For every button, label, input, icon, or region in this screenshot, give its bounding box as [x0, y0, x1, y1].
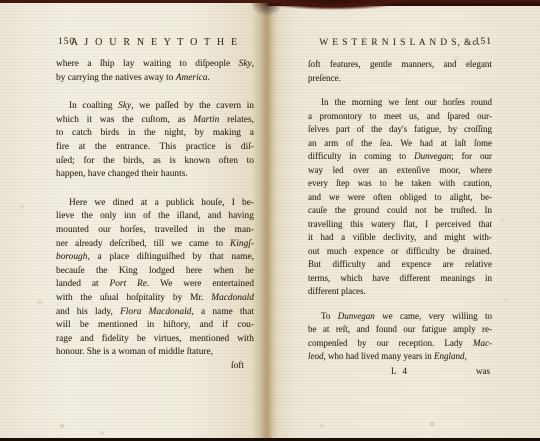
plain-text: uſed; [56, 156, 75, 166]
plain-text: at [441, 138, 448, 148]
word: the [158, 210, 169, 224]
plain-text: as [153, 156, 161, 166]
word: often [219, 155, 238, 169]
plain-text: be [447, 246, 456, 256]
word: horſes [443, 96, 465, 110]
word: Sky, [118, 100, 133, 114]
text-line: andwewereoftenobligedtoalight,be- [308, 191, 492, 205]
text-line: ſelvespartoftheday'sfatigue,bycroſſing [308, 123, 492, 137]
word: often [373, 191, 392, 205]
plain-text: features, [330, 59, 361, 69]
word: over [353, 164, 369, 178]
plain-text: different places. [308, 286, 366, 296]
word: moor, [439, 164, 460, 178]
word: the [371, 123, 382, 137]
plain-text: , [131, 101, 133, 111]
word: had [420, 137, 433, 151]
plain-text: and [208, 211, 222, 221]
word: not [415, 204, 427, 218]
word: with [439, 177, 455, 191]
plain-text: came, [400, 311, 421, 321]
word: croſſing [464, 123, 492, 137]
plain-text: the [371, 124, 382, 134]
word: difficulty [406, 245, 439, 259]
word: be [308, 323, 317, 337]
plain-text: willing [452, 311, 478, 321]
plain-text: be [80, 320, 89, 330]
left-catchword-line: ſoft [56, 360, 254, 374]
word: of [346, 137, 354, 151]
text-line: honour. She is a woman of middle ſtature… [56, 346, 254, 360]
word: inn [124, 210, 136, 224]
plain-text: coming [364, 151, 391, 161]
word: lady, [95, 306, 113, 320]
word: were [183, 278, 201, 292]
word: our [98, 224, 111, 238]
word: and [56, 306, 70, 320]
word: ſhip [100, 58, 115, 72]
word: We [400, 137, 412, 151]
word: different [399, 272, 430, 286]
plain-text: , [464, 351, 466, 361]
plain-text: this [350, 219, 363, 229]
word: fire [56, 141, 69, 155]
plain-text: horſes, [120, 225, 145, 235]
word: and [427, 110, 440, 124]
plain-text: a [308, 111, 312, 121]
word: Here [69, 197, 87, 211]
paragraph: Herewedinedatapublickhouſe,Ibe-lievetheo… [56, 197, 254, 360]
word: mentioned [98, 319, 138, 333]
word: dined [113, 197, 134, 211]
text-line: mountedourhorſes,travelledintheman- [56, 224, 254, 238]
plain-text: drained. [463, 246, 492, 256]
plain-text: King [119, 266, 138, 276]
word: coming [364, 150, 391, 164]
plain-text: making [213, 128, 241, 138]
italic-text: Kingſ- [230, 239, 254, 249]
word: are [443, 258, 454, 272]
word: in [147, 319, 154, 333]
plain-text: cavern [216, 101, 241, 111]
word: ſelves [308, 123, 329, 137]
word: we [139, 100, 150, 114]
word: In [484, 204, 492, 218]
plain-text: practice [186, 142, 216, 152]
word: our [480, 150, 492, 164]
plain-text: very [429, 311, 445, 321]
word: in [197, 224, 204, 238]
word: be [395, 177, 404, 191]
plain-text: In [69, 101, 77, 111]
plain-text: an [379, 165, 388, 175]
word: meet [384, 110, 402, 124]
book-page-right: W E S T E R N I S L A N D S, &c. 151 ſof… [266, 6, 540, 438]
word: which [340, 272, 362, 286]
plain-text: night, [164, 128, 186, 138]
word: fidelity [102, 333, 129, 347]
plain-text: in [485, 273, 492, 283]
plain-text: the [96, 266, 107, 276]
word: Mr. [190, 292, 203, 306]
plain-text: entrance. [116, 142, 150, 152]
word: to [369, 110, 376, 124]
word: In [321, 96, 329, 110]
word: gentle [370, 58, 392, 72]
text-line: ToDunveganwecame,verywillingto [308, 310, 492, 324]
plain-text: meanings [440, 273, 475, 283]
plain-text: ſea. [380, 138, 393, 148]
plain-text: preſence. [308, 73, 341, 83]
word: ſent [405, 96, 419, 110]
plain-text: to [180, 59, 187, 69]
plain-text: be [395, 178, 404, 188]
word: night, [164, 127, 186, 141]
word: only [100, 210, 117, 224]
word: travelled [155, 224, 188, 238]
text-line: neralreadydeſcribed,tillwecametoKingſ- [56, 238, 254, 252]
plain-text: viſible [353, 232, 376, 242]
plain-text: place [109, 252, 129, 262]
plain-text: moor, [439, 165, 460, 175]
right-running-title: W E S T E R N I S L A N D S, &c. [319, 38, 480, 48]
word: entertained [212, 278, 254, 292]
word: But [308, 258, 321, 272]
plain-text: we [382, 311, 393, 321]
word: ſoft [308, 58, 321, 72]
word: the [81, 292, 92, 306]
plain-text: ſoft [308, 59, 321, 69]
book-binding-shadow [238, 0, 428, 13]
plain-text: in [147, 320, 154, 330]
word: manners, [401, 58, 434, 72]
text-line: IncoaſtingSky,wepaſſedbythecavernin [56, 100, 254, 114]
word: reſt, [336, 323, 350, 337]
plain-text: mounted [56, 225, 89, 235]
plain-text: the [199, 101, 210, 111]
plain-text: reception. [399, 338, 435, 348]
word: we [388, 96, 399, 110]
word: uſed; [56, 155, 75, 169]
text-line: Herewedinedatapublickhouſe,Ibe- [56, 197, 254, 211]
plain-text: obliged [400, 192, 427, 202]
plain-text: lady, [95, 307, 113, 317]
plain-text: rage [56, 334, 72, 344]
book-photo: { "colors": { "paper": "#f0ebdf", "ink":… [0, 0, 540, 441]
plain-text: travelling [308, 219, 343, 229]
plain-text: terms, [308, 273, 330, 283]
italic-text: leod [308, 351, 324, 361]
plain-text: honour. She is a woman of middle ſtature… [56, 347, 213, 357]
word: a [201, 306, 205, 320]
plain-text: by [173, 293, 182, 303]
word: that [210, 251, 224, 265]
word: and [80, 333, 94, 347]
word: by [195, 127, 204, 141]
word: where [470, 164, 492, 178]
text-line: travellingthiswateryflat,Iperceivedthat [308, 218, 492, 232]
word: uſual [100, 292, 119, 306]
catchword: was [476, 365, 490, 379]
plain-text: the [335, 205, 346, 215]
text-line: rageandfidelitybevirtues,mentionedwith [56, 333, 254, 347]
word: a [308, 110, 312, 124]
word: cavern [216, 100, 241, 114]
word: of [357, 123, 365, 137]
text-line: lievetheonlyinnoftheiſland,andhaving [56, 210, 254, 224]
plain-text: where [470, 165, 492, 175]
plain-text: where [56, 59, 79, 69]
left-running-header: 150 A J O U R N E Y T O T H E [56, 36, 254, 50]
text-line: terms,whichhavedifferentmeaningsin [308, 272, 492, 286]
word: till [154, 238, 164, 252]
word: travelling [308, 218, 343, 232]
right-page-body: ſoftfeatures,gentlemanners,andelegantpre… [308, 58, 492, 364]
italic-text: Flora [120, 307, 141, 317]
plain-text: ſpared [447, 111, 470, 121]
plain-text: mentioned [98, 320, 138, 330]
word: in [485, 272, 492, 286]
plain-text: to [399, 151, 406, 161]
plain-text: ſome [474, 138, 492, 148]
plain-text: to [380, 178, 387, 188]
word: laſt [455, 137, 467, 151]
word: expence [402, 258, 431, 272]
text-line: anarmoftheſea.Wehadatlaſtſome [308, 137, 492, 151]
plain-text: watery [371, 219, 396, 229]
plain-text: and [444, 59, 457, 69]
word: our [403, 323, 415, 337]
word: ſtep [336, 177, 350, 191]
plain-text: be- [480, 192, 492, 202]
word: name, [231, 251, 254, 265]
plain-text: we [171, 239, 182, 249]
word: relative [465, 258, 492, 272]
plain-text: might [444, 232, 465, 242]
word: Martin [193, 114, 219, 128]
left-page-number: 150 [58, 36, 75, 50]
plain-text: found [376, 324, 397, 334]
plain-text: relative [465, 259, 492, 269]
plain-text: having [228, 211, 254, 221]
word: is [170, 155, 176, 169]
word: extenſive [397, 164, 430, 178]
plain-text: deſcribed, [110, 239, 147, 249]
text-line: compenſedbyourreception.LadyMac- [308, 337, 492, 351]
plain-text: will [56, 320, 71, 330]
plain-text: have [372, 273, 389, 283]
word: to [216, 238, 223, 252]
plain-text: round [471, 97, 492, 107]
word: compenſed [308, 337, 348, 351]
word: a [341, 231, 345, 245]
word: landed [56, 278, 81, 292]
word: Mac- [473, 337, 492, 351]
plain-text: our- [477, 111, 492, 121]
plain-text: by carrying the natives away to [56, 73, 176, 83]
word: we [171, 238, 182, 252]
plain-text: cuſtom, [141, 115, 169, 125]
word: be [80, 319, 89, 333]
word: King [119, 265, 138, 279]
plain-text: lieve [56, 211, 74, 221]
plain-text: our [98, 225, 111, 235]
word: and [308, 191, 321, 205]
plain-text: us, [409, 111, 419, 121]
plain-text: be [434, 205, 443, 215]
left-running-title: A J O U R N E Y T O T H E [71, 37, 240, 48]
right-running-header: W E S T E R N I S L A N D S, &c. 151 [308, 36, 492, 50]
plain-text: caution, [463, 178, 492, 188]
word: were [348, 191, 366, 205]
plain-text: hoſpitality [126, 293, 165, 303]
plain-text: by [184, 101, 193, 111]
word: the [214, 224, 225, 238]
word: perceived [436, 218, 471, 232]
plain-text: and [377, 259, 390, 269]
plain-text: Lady [444, 338, 463, 348]
word: ner [56, 238, 68, 252]
word: amply [453, 323, 476, 337]
word: morning [352, 96, 383, 110]
word: flat, [403, 218, 417, 232]
plain-text: difficulty [406, 246, 439, 256]
word: To [321, 310, 330, 324]
plain-text: for [83, 156, 94, 166]
word: meanings [440, 272, 475, 286]
italic-text: Dunvegan [414, 151, 451, 161]
plain-text: as [178, 115, 186, 125]
word: came, [400, 310, 421, 324]
plain-text: I [232, 198, 235, 208]
plain-text: and [56, 307, 70, 317]
plain-text: are [443, 259, 454, 269]
text-line: wayledoveranextenſivemoor,where [308, 164, 492, 178]
word: relates, [227, 114, 254, 128]
italic-text: Port [110, 279, 127, 289]
plain-text: travelled [155, 225, 188, 235]
plain-text: a [87, 59, 91, 69]
plain-text: our [377, 338, 389, 348]
plain-text: the [95, 142, 106, 152]
word: to [180, 58, 187, 72]
plain-text: , [87, 252, 89, 262]
word: features, [330, 58, 361, 72]
word: to [399, 150, 406, 164]
plain-text: often [219, 156, 238, 166]
word: hiſtory, [163, 319, 190, 333]
plain-text: catch [72, 128, 92, 138]
word: the [122, 114, 133, 128]
plain-text: the [214, 225, 225, 235]
word: where [56, 58, 79, 72]
word: the [199, 100, 210, 114]
word: becauſe [56, 265, 85, 279]
plain-text: at [141, 198, 148, 208]
word: rage [56, 333, 72, 347]
plain-text: every [308, 178, 328, 188]
text-line: everyſtepwastobetakenwithcaution, [308, 177, 492, 191]
plain-text: only [100, 211, 117, 221]
word: Lady [444, 337, 463, 351]
plain-text: diſpeople [195, 59, 230, 69]
word: arm [324, 137, 338, 151]
plain-text: a [201, 307, 205, 317]
plain-text: and [427, 111, 440, 121]
plain-text: birds, [123, 156, 144, 166]
left-text-block: 150 A J O U R N E Y T O T H E whereaſhip… [56, 36, 254, 374]
word: a [87, 58, 91, 72]
word: by [192, 251, 201, 265]
word: entrance. [116, 141, 150, 155]
word: truſted. [451, 204, 477, 218]
plain-text: at [92, 279, 99, 289]
italic-text: Sky [118, 101, 131, 111]
plain-text: the [81, 211, 92, 221]
plain-text: promontory [319, 111, 362, 121]
paragraph: ſoftfeatures,gentlemanners,andelegantpre… [308, 58, 492, 85]
text-line: different places. [308, 285, 492, 299]
text-line: preſence. [308, 72, 492, 86]
plain-text: had [420, 138, 433, 148]
text-line: whereaſhiplaywaitingtodiſpeopleSky, [56, 58, 254, 72]
word: difficulty [332, 258, 365, 272]
text-line: ſoftfeatures,gentlemanners,andelegant [308, 58, 492, 72]
paragraph: ToDunveganwecame,verywillingtobeatreſt,a… [308, 310, 492, 364]
word: taken [411, 177, 431, 191]
text-line: willbementionedinhiſtory,andifcou- [56, 319, 254, 333]
word: his [77, 306, 88, 320]
word: be [434, 204, 443, 218]
word: when [213, 265, 233, 279]
plain-text: laſt [455, 138, 467, 148]
plain-text: ſent [405, 97, 419, 107]
plain-text: was [100, 115, 115, 125]
text-line: happen, have changed their haunts. [56, 168, 254, 182]
text-line: by carrying the natives away to America. [56, 72, 254, 86]
word: difficulty [308, 150, 341, 164]
text-line: andhislady,FloraMacdonald,anamethat [56, 306, 254, 320]
word: we [382, 310, 393, 324]
plain-text: in [349, 151, 356, 161]
italic-text: borough [56, 252, 87, 262]
word: birds, [123, 155, 144, 169]
word: This [160, 141, 177, 155]
word: of [143, 210, 151, 224]
plain-text: be [137, 334, 146, 344]
word: waiting [143, 58, 171, 72]
word: Kingſ- [230, 238, 254, 252]
word: every [308, 177, 328, 191]
plain-text: of [346, 138, 354, 148]
word: and [356, 323, 369, 337]
word: here [186, 265, 202, 279]
word: birds [101, 127, 120, 141]
word: out [308, 245, 320, 259]
word: I [425, 218, 428, 232]
plain-text: way [308, 165, 323, 175]
plain-text: manners, [401, 59, 434, 69]
plain-text: by [358, 338, 367, 348]
plain-text: here [186, 266, 202, 276]
plain-text: we [139, 101, 150, 111]
text-line: outmuchexpenceordifficultybedrained. [308, 245, 492, 259]
word: that [478, 218, 492, 232]
text-line: uſed;forthebirds,asisknownoftento [56, 155, 254, 169]
plain-text: day's [389, 124, 407, 134]
plain-text: coaſting [82, 101, 112, 111]
word: and [208, 210, 222, 224]
